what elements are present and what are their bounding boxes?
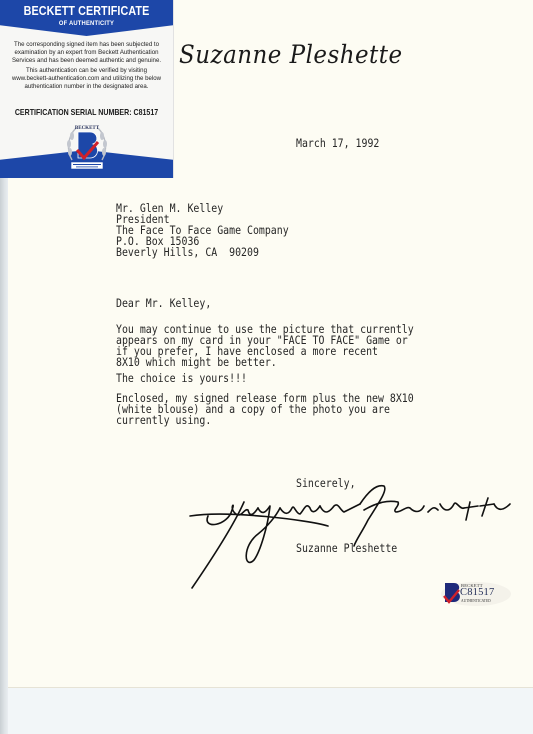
letter-date: March 17, 1992: [296, 138, 379, 149]
body-paragraph: You may continue to use the picture that…: [116, 324, 414, 368]
certificate-paragraph: This authentication can be verified by v…: [8, 67, 165, 90]
certificate-title: BECKETT CERTIFICATE: [12, 4, 161, 18]
recipient-address: Mr. Glen M. Kelley President The Face To…: [116, 203, 289, 258]
svg-text:BECKETT: BECKETT: [75, 126, 100, 131]
certificate-serial: CERTIFICATION SERIAL NUMBER: C81517: [12, 108, 161, 117]
scan-background: [8, 687, 533, 734]
body-paragraph: The choice is yours!!!: [116, 373, 247, 384]
beckett-b-checkmark-icon: BECKETT: [64, 120, 110, 176]
certificate-subtitle: OF AUTHENTICITY: [9, 20, 165, 27]
certificate-paragraph: The corresponding signed item has been s…: [8, 41, 165, 64]
salutation: Dear Mr. Kelley,: [116, 298, 211, 309]
sticker-label: AUTHENTICATED: [461, 599, 491, 603]
certificate-text: The corresponding signed item has been s…: [8, 41, 165, 94]
beckett-certificate: BECKETT CERTIFICATE OF AUTHENTICITY The …: [0, 0, 174, 178]
body-paragraph: Enclosed, my signed release form plus th…: [116, 393, 414, 426]
sticker-serial: C81517: [460, 587, 494, 598]
address-line: Beverly Hills, CA 90209: [116, 245, 259, 259]
letterhead: Suzanne Pleshette: [179, 40, 403, 69]
